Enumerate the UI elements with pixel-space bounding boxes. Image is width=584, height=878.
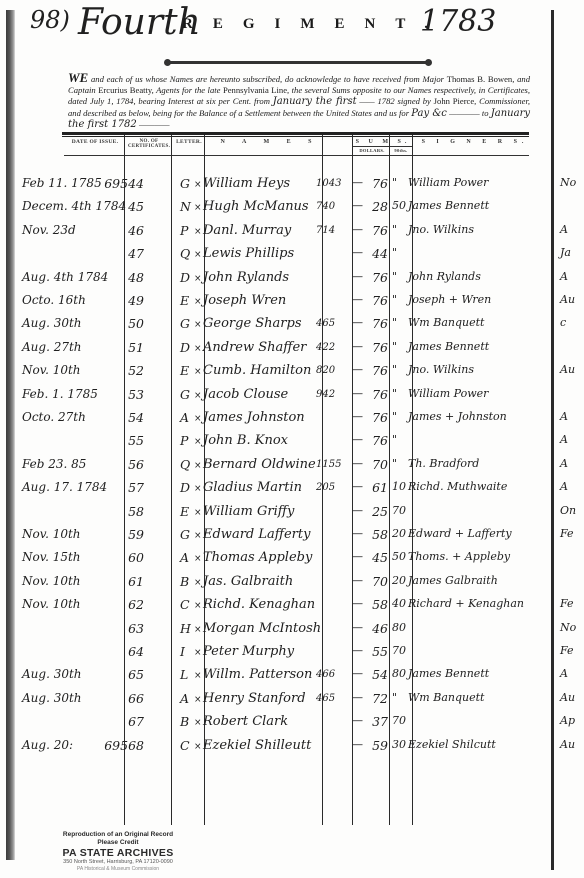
table-row: Nov. 15th60AThomas Appleby4550Thoms. + A… [0, 550, 584, 574]
entry-date: Aug. 17. 1784 [22, 480, 107, 494]
entry-parts: " [392, 433, 397, 446]
regiment-year: 1783 [420, 4, 496, 39]
entry-certificate-number: 65 [100, 667, 144, 682]
entry-certificate-number: 69568 [100, 738, 144, 753]
entry-letter: B [180, 574, 189, 589]
mark-x-icon: × [194, 180, 202, 190]
dollar-dash: — [352, 597, 363, 610]
entry-parts: " [392, 410, 397, 423]
dollar-dash: — [352, 621, 363, 634]
entry-letter: H [180, 621, 191, 636]
entry-name: Richd. Kenaghan [203, 597, 315, 612]
stamp-line-address: 350 North Street, Harrisburg, PA 17120-0… [48, 859, 188, 866]
table-row: Feb. 1. 178553GJacob Clouse94276"William… [0, 387, 584, 411]
dollar-dash: — [352, 691, 363, 704]
table-row: Octo. 27th54AJames Johnston76"James + Jo… [0, 410, 584, 434]
entry-name: Danl. Murray [203, 223, 291, 238]
entry-certificate-number: 60 [100, 550, 144, 565]
entry-date: Aug. 27th [22, 340, 82, 354]
entry-parts: " [392, 363, 397, 376]
preamble-we: WE [68, 70, 88, 85]
entry-parts: 70 [392, 504, 406, 517]
entry-name: William Heys [203, 176, 290, 191]
commissioner-name: John Pierce, [434, 96, 477, 106]
table-row: 67BRobert Clark3770Ap×— [0, 714, 584, 738]
entry-signer: John Rylands [408, 270, 481, 283]
entry-signer: James Bennett [408, 199, 489, 212]
col-header-cert: No. of Certificates. [128, 139, 170, 149]
entry-certificate-number: 61 [100, 574, 144, 589]
entry-parts: 20 [392, 574, 406, 587]
mark-x-icon: × [194, 484, 202, 494]
entry-date: Octo. 16th [22, 293, 86, 307]
col-header-names: N A M E S [210, 139, 330, 145]
line-name: Pennsylvania Line, [223, 85, 289, 95]
entry-letter: B [180, 714, 189, 729]
captain-name: Ercurius Beatty, [98, 85, 154, 95]
table-row: Nov. 23d46PDanl. Murray71476"Jno. Wilkin… [0, 223, 584, 247]
entry-letter: L [180, 667, 188, 682]
entry-signer: James Galbraith [408, 574, 498, 587]
entry-margin-note: A [560, 667, 568, 680]
entry-date: Nov. 23d [22, 223, 76, 237]
from-date-filled: January the first [273, 96, 357, 107]
entry-parts: 70 [392, 644, 406, 657]
ornament-rule [168, 61, 428, 64]
entry-margin-note: Au [560, 738, 575, 751]
entry-parts: " [392, 223, 397, 236]
entry-name: Lewis Phillips [203, 246, 294, 261]
sums-underline [353, 146, 413, 147]
mark-x-icon: × [194, 297, 202, 307]
entry-certificate-number: 56 [100, 457, 144, 472]
entry-signer: Jno. Wilkins [408, 223, 474, 236]
entry-annotation-number: 465 [316, 318, 335, 329]
dollar-dash: — [352, 293, 363, 306]
stamp-line-reproduction: Reproduction of an Original Record [48, 831, 188, 839]
table-row: 55PJohn B. Knox76"A×— [0, 433, 584, 457]
entry-annotation-number: 466 [316, 669, 335, 680]
table-row: Octo. 16th49EJoseph Wren76"Joseph + Wren… [0, 293, 584, 317]
entry-name: John Rylands [203, 270, 289, 285]
entry-parts: 40 [392, 597, 406, 610]
header-rule [62, 136, 529, 137]
entry-margin-note: Au [560, 363, 575, 376]
entry-name: Jacob Clouse [203, 387, 288, 402]
preamble-text: and each of us whose Names are hereunto … [88, 74, 447, 84]
preamble-text: —— 1782 signed by [357, 96, 434, 106]
entry-name: George Sharps [203, 316, 302, 331]
entry-letter: D [180, 480, 190, 495]
entry-signer: Richd. Muthwaite [408, 480, 507, 493]
regiment-heading: REGIMENT. [182, 16, 448, 33]
entry-letter: P [180, 223, 188, 238]
dollar-dash: — [352, 270, 363, 283]
entry-letter: D [180, 270, 190, 285]
mark-x-icon: × [194, 367, 202, 377]
entry-name: Jas. Galbraith [203, 574, 293, 589]
entry-letter: C [180, 597, 190, 612]
entry-margin-note: Au [560, 293, 575, 306]
stamp-line-credit: Please Credit [48, 839, 188, 847]
mark-x-icon: × [194, 625, 202, 635]
stamp-line-archives: PA STATE ARCHIVES [48, 847, 188, 859]
entry-margin-note: A [560, 223, 568, 236]
entry-certificate-number: 69544 [100, 176, 144, 191]
entry-parts: " [392, 270, 397, 283]
entry-certificate-number: 53 [100, 387, 144, 402]
mark-x-icon: × [194, 414, 202, 424]
preamble-text: Agents for the late [154, 85, 223, 95]
entry-margin-note: c [560, 316, 566, 329]
mark-x-icon: × [194, 203, 202, 213]
entry-annotation-number: 942 [316, 389, 335, 400]
entry-certificate-number: 58 [100, 504, 144, 519]
dollar-dash: — [352, 550, 363, 563]
entry-annotation-number: 1043 [316, 178, 341, 189]
entry-parts: " [392, 457, 397, 470]
entry-parts: " [392, 387, 397, 400]
archives-stamp: Reproduction of an Original Record Pleas… [48, 831, 188, 872]
table-row: Decem. 4th 178445NHugh McManus7402850Jam… [0, 199, 584, 223]
entry-margin-note: Ap [560, 714, 575, 727]
mark-x-icon: × [194, 578, 202, 588]
entry-letter: G [180, 387, 190, 402]
entry-signer: William Power [408, 176, 488, 189]
entry-signer: James + Johnston [408, 410, 507, 423]
dollar-dash: — [352, 574, 363, 587]
dollar-dash: — [352, 176, 363, 189]
dollar-dash: — [352, 527, 363, 540]
entry-letter: G [180, 527, 190, 542]
mark-x-icon: × [194, 274, 202, 284]
dollar-dash: — [352, 738, 363, 751]
entry-margin-note: Fe [560, 597, 574, 610]
dollar-dash: — [352, 387, 363, 400]
entry-date: Aug. 4th 1784 [22, 270, 108, 284]
col-header-sums: S U M S. [354, 139, 412, 145]
document-page: 98) Fourth REGIMENT. 1783 WE and each of… [0, 0, 584, 878]
entry-name: Ezekiel Shilleutt [203, 738, 311, 753]
preamble-text: Captain [68, 85, 98, 95]
table-row: Aug. 30th66AHenry Stanford46572"Wm Banqu… [0, 691, 584, 715]
entry-annotation-number: 422 [316, 342, 335, 353]
mark-x-icon: × [194, 227, 202, 237]
entry-parts: " [392, 176, 397, 189]
entry-margin-note: A [560, 410, 568, 423]
entry-date: Nov. 15th [22, 550, 81, 564]
mark-x-icon: × [194, 742, 202, 752]
table-row: 63HMorgan McIntosh4680No×— [0, 621, 584, 645]
dollar-dash: — [352, 340, 363, 353]
entry-date: Feb. 1. 1785 [22, 387, 98, 401]
entry-certificate-number: 54 [100, 410, 144, 425]
col-header-date: Date of Issue. [66, 139, 124, 145]
entry-certificate-number: 67 [100, 714, 144, 729]
table-row: Nov. 10th61BJas. Galbraith7020James Galb… [0, 574, 584, 598]
entry-letter: E [180, 363, 189, 378]
entry-certificate-number: 46 [100, 223, 144, 238]
col-header-signers: S I G N E R S. [420, 139, 530, 145]
mark-x-icon: × [194, 695, 202, 705]
table-row: Aug. 17. 178457DGladius Martin2056110Ric… [0, 480, 584, 504]
entry-certificate-number: 59 [100, 527, 144, 542]
entry-certificate-number: 47 [100, 246, 144, 261]
entry-annotation-number: 740 [316, 201, 335, 212]
entry-annotation-number: 465 [316, 693, 335, 704]
mark-x-icon: × [194, 648, 202, 658]
entry-margin-note: Fe [560, 644, 574, 657]
entry-signer: Edward + Lafferty [408, 527, 512, 540]
entry-certificate-number: 62 [100, 597, 144, 612]
mark-x-icon: × [194, 718, 202, 728]
entry-margin-note: A [560, 433, 568, 446]
table-row: Aug. 20:69568CEzekiel Shilleutt5930Ezeki… [0, 738, 584, 762]
entry-parts: 70 [392, 714, 406, 727]
header-bottom-rule [64, 155, 529, 156]
preamble-paragraph: WE and each of us whose Names are hereun… [68, 72, 530, 130]
col-header-letter: Letter. [172, 139, 206, 145]
entry-name: James Johnston [203, 410, 305, 425]
dollar-dash: — [352, 714, 363, 727]
table-row: 58EWilliam Griffy2570On×— [0, 504, 584, 528]
entry-date: Nov. 10th [22, 574, 81, 588]
entry-name: Robert Clark [203, 714, 288, 729]
mark-x-icon: × [194, 250, 202, 260]
entry-letter: E [180, 293, 189, 308]
entry-letter: Q [180, 457, 190, 472]
entry-parts: 20 [392, 527, 406, 540]
entry-name: Willm. Patterson [203, 667, 312, 682]
entry-date: Feb 23. 85 [22, 457, 86, 471]
mark-x-icon: × [194, 671, 202, 681]
table-row: Nov. 10th62CRichd. Kenaghan5840Richard +… [0, 597, 584, 621]
entry-name: Cumb. Hamilton [203, 363, 311, 378]
mark-x-icon: × [194, 461, 202, 471]
entry-name: Henry Stanford [203, 691, 306, 706]
entry-name: William Griffy [203, 504, 294, 519]
mark-x-icon: × [194, 601, 202, 611]
major-name: Thomas B. Bowen, [447, 74, 515, 84]
entry-letter: A [180, 410, 189, 425]
entry-certificate-number: 63 [100, 621, 144, 636]
entry-letter: A [180, 550, 189, 565]
entry-date: Nov. 10th [22, 527, 81, 541]
col-header-parts: 90ths. [391, 148, 411, 153]
entry-signer: Joseph + Wren [408, 293, 491, 306]
entry-date: Feb 11. 1785 [22, 176, 102, 190]
entry-annotation-number: 820 [316, 365, 335, 376]
table-row: 47QLewis Phillips44"Ja×— [0, 246, 584, 270]
dollar-dash: — [352, 504, 363, 517]
entry-signer: Wm Banquett [408, 316, 484, 329]
dollar-dash: — [352, 410, 363, 423]
entry-certificate-number: 52 [100, 363, 144, 378]
table-row: Aug. 4th 178448DJohn Rylands76"John Ryla… [0, 270, 584, 294]
entry-margin-note: No [560, 621, 576, 634]
entry-date: Octo. 27th [22, 410, 86, 424]
for-filled: Pay &c [411, 108, 447, 119]
dollar-dash: — [352, 433, 363, 446]
entry-name: Bernard Oldwine [203, 457, 316, 472]
mark-x-icon: × [194, 531, 202, 541]
entry-margin-note: No [560, 176, 576, 189]
entry-letter: E [180, 504, 189, 519]
entry-parts: " [392, 691, 397, 704]
mark-x-icon: × [194, 344, 202, 354]
entry-name: Thomas Appleby [203, 550, 312, 565]
entry-certificate-number: 50 [100, 316, 144, 331]
entry-parts: 50 [392, 550, 406, 563]
entry-name: Gladius Martin [203, 480, 302, 495]
entry-certificate-number: 45 [100, 199, 144, 214]
entry-date: Aug. 30th [22, 691, 82, 705]
mark-x-icon: × [194, 391, 202, 401]
entry-letter: N [180, 199, 191, 214]
header-rule [62, 132, 529, 135]
preamble-text: and [514, 74, 530, 84]
table-row: Nov. 10th52ECumb. Hamilton82076"Jno. Wil… [0, 363, 584, 387]
entry-annotation-number: 205 [316, 482, 335, 493]
entry-date: Aug. 20: [22, 738, 73, 752]
dollar-dash: — [352, 644, 363, 657]
entry-date: Nov. 10th [22, 597, 81, 611]
entry-name: Andrew Shaffer [203, 340, 306, 355]
entry-name: John B. Knox [203, 433, 288, 448]
entry-parts: 80 [392, 667, 406, 680]
entry-margin-note: A [560, 457, 568, 470]
dollar-dash: — [352, 363, 363, 376]
table-row: Aug. 30th65LWillm. Patterson4665480James… [0, 667, 584, 691]
entry-name: Edward Lafferty [203, 527, 310, 542]
entry-certificate-number: 55 [100, 433, 144, 448]
table-row: Aug. 30th50GGeorge Sharps46576"Wm Banque… [0, 316, 584, 340]
entry-letter: Q [180, 246, 190, 261]
entry-certificate-number: 51 [100, 340, 144, 355]
entry-annotation-number: 1155 [316, 459, 341, 470]
entry-margin-note: Au [560, 691, 575, 704]
entry-certificate-number: 49 [100, 293, 144, 308]
page-number: 98) [30, 6, 70, 34]
entry-letter: A [180, 691, 189, 706]
entry-signer: Richard + Kenaghan [408, 597, 524, 610]
table-row: 64IPeter Murphy5570Fe×— [0, 644, 584, 668]
dollar-dash: — [352, 457, 363, 470]
entry-margin-note: A [560, 480, 568, 493]
entry-margin-note: On [560, 504, 576, 517]
entry-parts: " [392, 246, 397, 259]
entry-signer: Th. Bradford [408, 457, 479, 470]
mark-x-icon: × [194, 554, 202, 564]
entry-signer: Jno. Wilkins [408, 363, 474, 376]
entry-margin-note: Ja [560, 246, 571, 259]
preamble-text: ———— [137, 119, 170, 129]
entry-parts: " [392, 340, 397, 353]
entry-margin-note: Fe [560, 527, 574, 540]
entry-annotation-number: 714 [316, 225, 335, 236]
entry-letter: D [180, 340, 190, 355]
dollar-dash: — [352, 246, 363, 259]
entry-letter: P [180, 433, 188, 448]
entry-certificate-number: 48 [100, 270, 144, 285]
dollar-dash: — [352, 480, 363, 493]
dollar-dash: — [352, 223, 363, 236]
entry-date: Aug. 30th [22, 667, 82, 681]
table-row: Aug. 27th51DAndrew Shaffer42276"James Be… [0, 340, 584, 364]
table-row: Nov. 10th59GEdward Lafferty5820Edward + … [0, 527, 584, 551]
entry-margin-note: A [560, 270, 568, 283]
entry-letter: G [180, 316, 190, 331]
col-header-dollars: Dollars. [356, 148, 388, 153]
mark-x-icon: × [194, 320, 202, 330]
table-row: Feb 23. 8556QBernard Oldwine115570"Th. B… [0, 457, 584, 481]
stamp-line-commission: PA Historical & Museum Commission [48, 866, 188, 872]
entry-signer: Ezekiel Shilcutt [408, 738, 496, 751]
entry-name: Joseph Wren [203, 293, 286, 308]
entry-parts: " [392, 316, 397, 329]
entry-parts: " [392, 293, 397, 306]
entry-signer: James Bennett [408, 667, 489, 680]
entry-letter: C [180, 738, 190, 753]
entry-date: Nov. 10th [22, 363, 81, 377]
entry-signer: William Power [408, 387, 488, 400]
entry-parts: 10 [392, 480, 406, 493]
entry-name: Peter Murphy [203, 644, 294, 659]
entry-letter: G [180, 176, 190, 191]
mark-x-icon: × [194, 437, 202, 447]
entry-parts: 50 [392, 199, 406, 212]
entry-parts: 30 [392, 738, 406, 751]
table-row: Feb 11. 178569544GWilliam Heys104376"Wil… [0, 176, 584, 200]
entry-certificate-number: 57 [100, 480, 144, 495]
dollar-dash: — [352, 199, 363, 212]
entry-certificate-number: 66 [100, 691, 144, 706]
entry-parts: 80 [392, 621, 406, 634]
preamble-text: ———— to [447, 108, 491, 118]
entry-signer: James Bennett [408, 340, 489, 353]
entry-letter: I [180, 644, 185, 659]
dollar-dash: — [352, 667, 363, 680]
entry-certificate-number: 64 [100, 644, 144, 659]
entry-name: Morgan McIntosh [203, 621, 321, 636]
entry-signer: Wm Banquett [408, 691, 484, 704]
entry-name: Hugh McManus [203, 199, 309, 214]
mark-x-icon: × [194, 508, 202, 518]
entry-signer: Thoms. + Appleby [408, 550, 510, 563]
dollar-dash: — [352, 316, 363, 329]
entry-date: Aug. 30th [22, 316, 82, 330]
